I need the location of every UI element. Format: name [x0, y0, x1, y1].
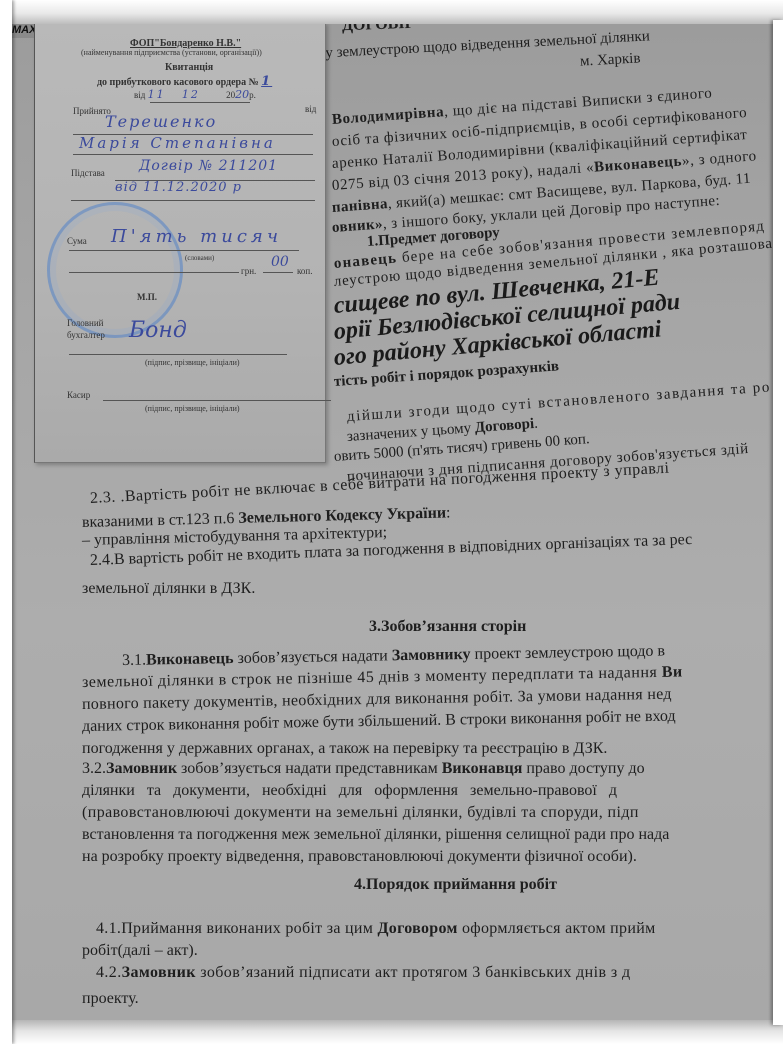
chief-accountant-label-2: бухгалтер — [67, 330, 105, 340]
receipt-subtitle: до прибуткового касового ордера № 1 — [97, 74, 272, 89]
payer-name-line-2: Марія Степанівна — [79, 134, 276, 152]
clause-4-1-line-1: 4.1.Приймання виконаних робіт за цим Дог… — [96, 918, 656, 940]
clause-4-2-line-1: 4.2.Замовник зобов’язаний підписати акт … — [96, 962, 631, 984]
document-photo: ДОГОВІР кту землеустрою щодо відведення … — [12, 22, 774, 1022]
clause-3-2-line-3: (правовстановлюючі документи на земельні… — [82, 802, 639, 824]
frame-edge-right — [773, 20, 783, 1025]
clause-4-2-line-2: проекту. — [82, 988, 139, 1010]
from-label: від — [305, 104, 316, 114]
basis-line-1: Догвір № 211201 — [139, 158, 278, 174]
receipt-order-number: 1 — [261, 74, 272, 89]
uah-label: грн. — [241, 266, 256, 276]
section-4-heading: 4.Порядок приймання робіт — [354, 874, 557, 896]
seal-place-label: М.П. — [137, 292, 157, 302]
clause-2-4-line-2: земельної ділянки в ДЗК. — [82, 578, 255, 600]
words-caption: (словами) — [185, 254, 214, 262]
sum-label: Сума — [67, 236, 87, 246]
clause-3-2-line-2: ділянки та документи, необхідні для офор… — [82, 780, 617, 802]
cashier-caption: (підпис, прізвище, ініціали) — [145, 404, 240, 413]
kop-value: 00 — [271, 254, 289, 270]
cash-receipt: ФОП"Бондаренко Н.В." (найменування підпр… — [34, 22, 326, 463]
clause-3-2-line-4: встановлення та погодження меж земельної… — [82, 824, 669, 846]
clause-4-1-line-2: робіт(далі – акт). — [82, 940, 198, 962]
payer-name-line-1: Терешенко — [105, 112, 217, 131]
cashier-label: Касир — [67, 390, 90, 400]
chief-accountant-signature: Бонд — [129, 318, 187, 343]
contract-city: м. Харків — [579, 48, 641, 72]
receipt-date: від 11 12 2020р. — [134, 88, 256, 101]
max-label: MAX — [12, 24, 34, 38]
kop-label: коп. — [297, 266, 312, 276]
basis-line-2: від 11.12.2020 р — [115, 180, 242, 195]
clause-3-2-line-1: 3.2.Замовник зобов’язується надати предс… — [82, 758, 645, 780]
torn-edge-top — [8, 0, 783, 24]
torn-edge-bottom — [0, 1020, 783, 1044]
basis-label: Підстава — [71, 168, 105, 178]
chief-accountant-label-1: Головний — [67, 318, 103, 328]
sum-in-words: П'ять тисяч — [111, 226, 282, 247]
section-3-heading: 3.Зобов’язання сторін — [369, 616, 526, 638]
frame-edge-left — [0, 0, 12, 1044]
contract-title: ДОГОВІР — [342, 22, 415, 38]
clause-3-2-line-5: на розробку проекту відведення, правовст… — [82, 846, 637, 868]
receipt-org-caption: (найменування підприємства (установи, ор… — [81, 48, 262, 57]
signature-caption: (підпис, прізвище, ініціали) — [145, 358, 240, 367]
receipt-title: Квитанція — [165, 62, 213, 73]
